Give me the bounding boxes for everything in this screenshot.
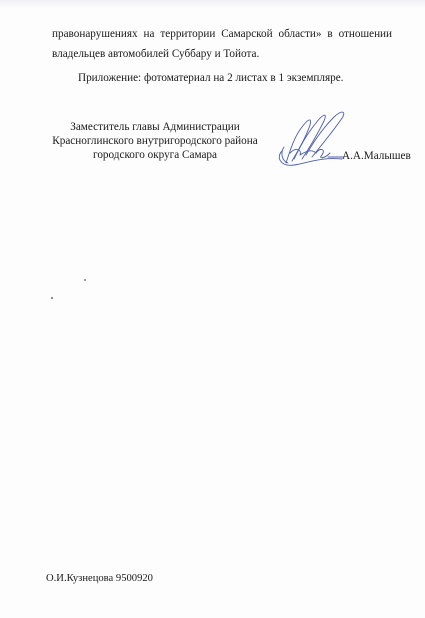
position-line: Заместитель главы Администрации	[48, 120, 262, 134]
word: территории	[160, 28, 215, 40]
signatory-position: Заместитель главы Администрации Красногл…	[48, 120, 262, 162]
word: Самарской	[221, 28, 272, 40]
word: отношении	[339, 28, 392, 40]
word: в	[327, 28, 332, 40]
word: правонарушениях	[52, 28, 138, 40]
executor-contact: О.И.Кузнецова 9500920	[46, 573, 153, 584]
scan-speck	[84, 279, 86, 281]
scan-speck	[51, 297, 53, 299]
appendix-note: Приложение: фотоматериал на 2 листах в 1…	[78, 72, 343, 84]
body-line-1: правонарушениях на территории Самарской …	[52, 24, 392, 44]
word: на	[144, 28, 155, 40]
body-line-2: владельцев автомобилей Суббару и Тойота.	[52, 44, 392, 64]
position-line: городского округа Самара	[48, 148, 262, 162]
body-paragraph: правонарушениях на территории Самарской …	[52, 24, 392, 64]
scan-top-edge	[0, 0, 425, 8]
position-line: Красноглинского внутригородского района	[48, 134, 262, 148]
signer-name: А.А.Малышев	[342, 150, 411, 162]
word: области»	[279, 28, 322, 40]
signature-icon	[272, 107, 364, 173]
